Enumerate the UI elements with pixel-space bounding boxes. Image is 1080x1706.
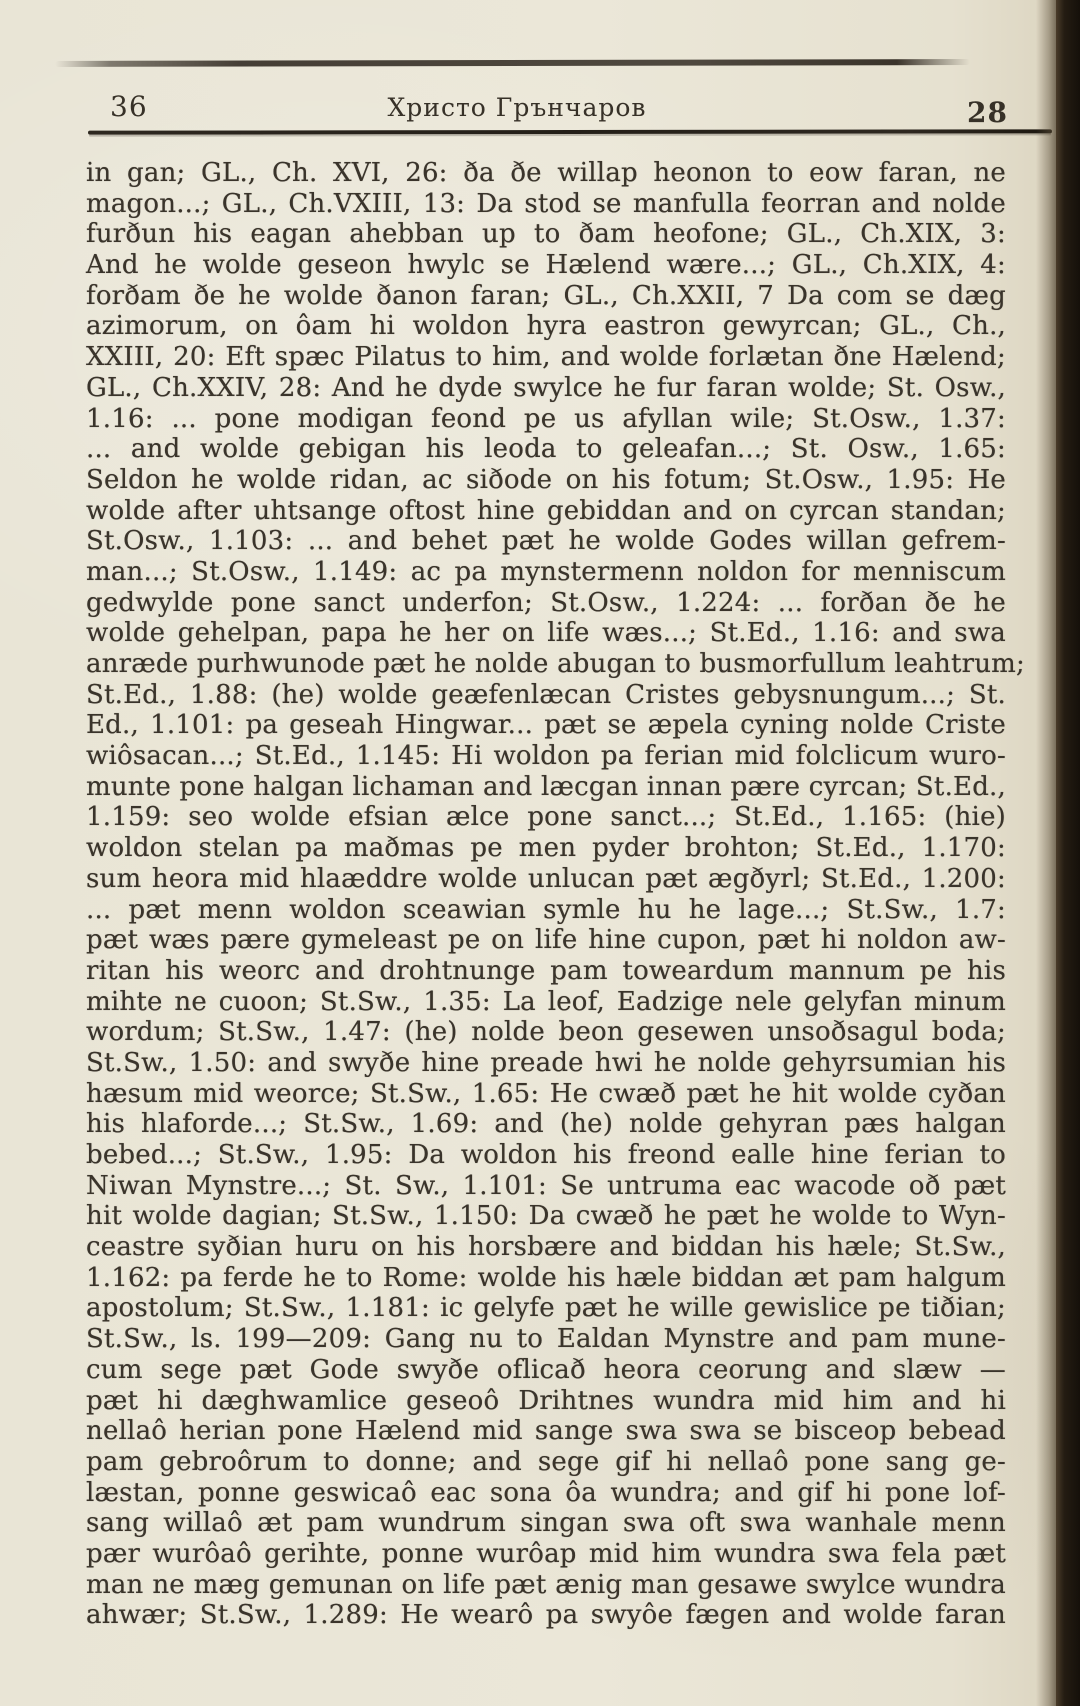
scanned-page: 36 Христо Грънчаров 28 in gan; GL., Ch. … bbox=[0, 0, 1080, 1706]
running-head-author: Христо Грънчаров bbox=[88, 93, 946, 122]
text-line: XXIII, 20: Eft spæc Pilatus to him, and … bbox=[86, 342, 1006, 373]
header-rule bbox=[88, 129, 1052, 134]
text-line: ceastre syðian huru on his horsbære and … bbox=[86, 1232, 1006, 1263]
text-line: ahwær; St.Sw., 1.289: He wearô pa swyôe … bbox=[86, 1600, 1006, 1631]
text-line: wolde gehelpan, papa he her on life wæs.… bbox=[86, 618, 1006, 649]
text-line: wiôsacan...; St.Ed., 1.145: Hi woldon pa… bbox=[86, 741, 1006, 772]
text-line: furðun his eagan ahebban up to ðam heofo… bbox=[86, 219, 1006, 250]
text-line: 1.16: ... pone modigan feond pe us afyll… bbox=[86, 404, 1006, 435]
text-line: ... and wolde gebigan his leoda to gelea… bbox=[86, 434, 1006, 465]
page-header: 36 Христо Грънчаров 28 bbox=[88, 90, 1016, 130]
text-line: pæt hi dæghwamlice geseoô Drihtnes wundr… bbox=[86, 1386, 1006, 1417]
text-line: hit wolde dagian; St.Sw., 1.150: Da cwæð… bbox=[86, 1201, 1006, 1232]
text-line: 1.159: seo wolde efsian ælce pone sanct.… bbox=[86, 802, 1006, 833]
text-line: Niwan Mynstre...; St. Sw., 1.101: Se unt… bbox=[86, 1171, 1006, 1202]
text-line: læstan, ponne geswicaô eac sona ôa wundr… bbox=[86, 1478, 1006, 1509]
text-line: nellaô herian pone Hælend mid sange swa … bbox=[86, 1416, 1006, 1447]
text-line: cum sege pæt Gode swyðe oflicað heora ce… bbox=[86, 1355, 1006, 1386]
text-line: woldon stelan pa maðmas pe men pyder bro… bbox=[86, 833, 1006, 864]
page-number-right: 28 bbox=[967, 96, 1008, 129]
text-line: wolde after uhtsange oftost hine gebidda… bbox=[86, 496, 1006, 527]
text-line: bebed...; St.Sw., 1.95: Da woldon his fr… bbox=[86, 1140, 1006, 1171]
text-line: St.Ed., 1.88: (he) wolde geæfenlæcan Cri… bbox=[86, 680, 1006, 711]
scan-artifact-line bbox=[55, 59, 970, 67]
text-line: anræde purhwunode pæt he nolde abugan to… bbox=[86, 649, 1006, 680]
text-line: St.Sw., ls. 199—209: Gang nu to Ealdan M… bbox=[86, 1324, 1006, 1355]
text-line: pam gebroôrum to donne; and sege gif hi … bbox=[86, 1447, 1006, 1478]
text-line: St.Sw., 1.50: and swyðe hine preade hwi … bbox=[86, 1048, 1006, 1079]
book-edge-shadow bbox=[1056, 0, 1080, 1706]
text-line: man ne mæg gemunan on life pæt ænig man … bbox=[86, 1570, 1006, 1601]
text-line: magon...; GL., Ch.VXIII, 13: Da stod se … bbox=[86, 189, 1006, 220]
text-line: mihte ne cuoon; St.Sw., 1.35: La leof, E… bbox=[86, 987, 1006, 1018]
text-line: azimorum, on ôam hi woldon hyra eastron … bbox=[86, 311, 1006, 342]
text-line: gedwylde pone sanct underfon; St.Osw., 1… bbox=[86, 588, 1006, 619]
text-line: man...; St.Osw., 1.149: ac pa mynstermen… bbox=[86, 557, 1006, 588]
text-line: Seldon he wolde ridan, ac siðode on his … bbox=[86, 465, 1006, 496]
text-line: GL., Ch.XXIV, 28: And he dyde swylce he … bbox=[86, 373, 1006, 404]
text-line: 1.162: pa ferde he to Rome: wolde his hæ… bbox=[86, 1263, 1006, 1294]
text-line: in gan; GL., Ch. XVI, 26: ða ðe willap h… bbox=[86, 158, 1006, 189]
text-line: Ed., 1.101: pa geseah Hingwar... pæt se … bbox=[86, 710, 1006, 741]
text-line: And he wolde geseon hwylc se Hælend wære… bbox=[86, 250, 1006, 281]
text-line: pæt wæs pære gymeleast pe on life hine c… bbox=[86, 925, 1006, 956]
text-line: ritan his weorc and drohtnunge pam towea… bbox=[86, 956, 1006, 987]
text-line: forðam ðe he wolde ðanon faran; GL., Ch.… bbox=[86, 281, 1006, 312]
text-line: pær wurôaô gerihte, ponne wurôap mid him… bbox=[86, 1539, 1006, 1570]
text-line: his hlaforde...; St.Sw., 1.69: and (he) … bbox=[86, 1109, 1006, 1140]
text-line: sum heora mid hlaæddre wolde unlucan pæt… bbox=[86, 864, 1006, 895]
text-line: hæsum mid weorce; St.Sw., 1.65: He cwæð … bbox=[86, 1079, 1006, 1110]
text-line: St.Osw., 1.103: ... and behet pæt he wol… bbox=[86, 526, 1006, 557]
text-line: ... pæt menn woldon sceawian symle hu he… bbox=[86, 895, 1006, 926]
text-line: sang willaô æt pam wundrum singan swa of… bbox=[86, 1508, 1006, 1539]
body-text: in gan; GL., Ch. XVI, 26: ða ðe willap h… bbox=[86, 158, 1006, 1631]
page-edge-shading bbox=[1036, 0, 1058, 1706]
text-line: apostolum; St.Sw., 1.181: ic gelyfe pæt … bbox=[86, 1293, 1006, 1324]
text-line: wordum; St.Sw., 1.47: (he) nolde beon ge… bbox=[86, 1017, 1006, 1048]
text-line: munte pone halgan lichaman and læcgan in… bbox=[86, 772, 1006, 803]
